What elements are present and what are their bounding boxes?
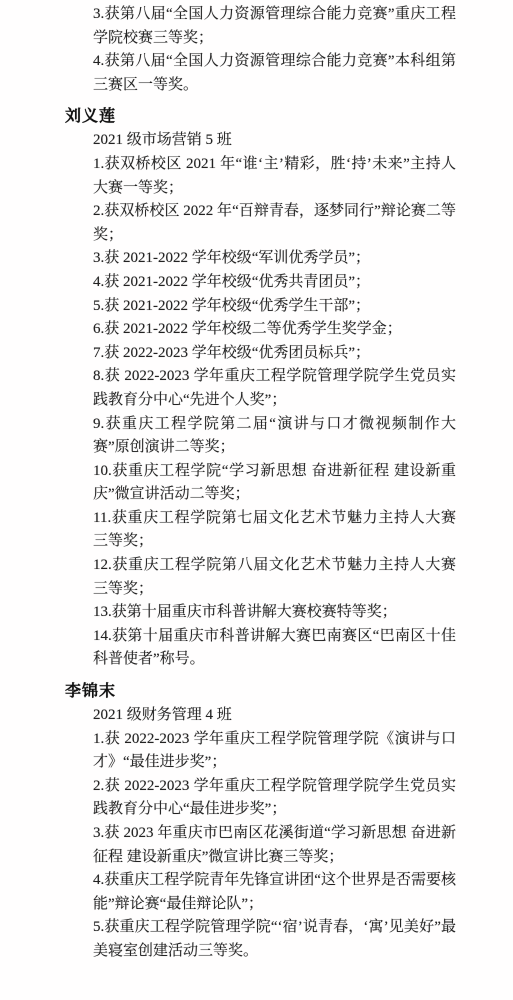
student-name: 刘义莲 [65,104,456,129]
student-name: 李锦末 [65,679,456,704]
award-item: 2.获双桥校区 2022 年“百辩青春，逐梦同行”辩论赛二等奖； [93,200,456,247]
award-item: 4.获重庆工程学院青年先锋宣讲团“这个世界是否需要核能”辩论赛“最佳辩论队”； [93,869,456,916]
award-item: 8.获 2022-2023 学年重庆工程学院管理学院学生党员实践教育分中心“先进… [93,365,456,412]
student-section-liu-yilian: 刘义莲 2021 级市场营销 5 班 1.获双桥校区 2021 年“谁‘主’精彩… [65,104,456,672]
award-item: 10.获重庆工程学院“学习新思想 奋进新征程 建设新重庆”微宣讲活动二等奖； [93,460,456,507]
class-line: 2021 级市场营销 5 班 [93,129,456,153]
award-item: 14.获第十届重庆市科普讲解大赛巴南赛区“巴南区十佳科普使者”称号。 [93,625,456,672]
award-item: 9.获重庆工程学院第二届“演讲与口才微视频制作大赛”原创演讲二等奖； [93,413,456,460]
award-item: 5.获 2021-2022 学年校级“优秀学生干部”； [93,295,456,319]
award-item: 6.获 2021-2022 学年校级二等优秀学生奖学金； [93,318,456,342]
award-item: 4.获 2021-2022 学年校级“优秀共青团员”； [93,271,456,295]
award-item: 3.获 2023 年重庆市巴南区花溪街道“学习新思想 奋进新征程 建设新重庆”微… [93,822,456,869]
award-item: 12.获重庆工程学院第八届文化艺术节魅力主持人大赛三等奖； [93,554,456,601]
award-item: 13.获第十届重庆市科普讲解大赛校赛特等奖； [93,601,456,625]
award-item: 11.获重庆工程学院第七届文化艺术节魅力主持人大赛三等奖； [93,507,456,554]
award-item: 5.获重庆工程学院管理学院“‘宿’说青春，‘寓’见美好”最美寝室创建活动三等奖。 [93,916,456,963]
award-item: 2.获 2022-2023 学年重庆工程学院管理学院学生党员实践教育分中心“最佳… [93,775,456,822]
award-item: 1.获 2022-2023 学年重庆工程学院管理学院《演讲与口才》“最佳进步奖”… [93,728,456,775]
document-page: 3.获第八届“全国人力资源管理综合能力竞赛”重庆工程学院校赛三等奖； 4.获第八… [0,0,513,1000]
carryover-award-list: 3.获第八届“全国人力资源管理综合能力竞赛”重庆工程学院校赛三等奖； 4.获第八… [65,3,456,97]
student-section-li-jinmo: 李锦末 2021 级财务管理 4 班 1.获 2022-2023 学年重庆工程学… [65,679,456,964]
class-line: 2021 级财务管理 4 班 [93,704,456,728]
award-item: 1.获双桥校区 2021 年“谁‘主’精彩，胜‘持’未来”主持人大赛一等奖； [93,153,456,200]
award-item: 4.获第八届“全国人力资源管理综合能力竞赛”本科组第三赛区一等奖。 [93,50,456,97]
award-item: 3.获 2021-2022 学年校级“军训优秀学员”； [93,247,456,271]
award-item: 7.获 2022-2023 学年校级“优秀团员标兵”； [93,342,456,366]
award-item: 3.获第八届“全国人力资源管理综合能力竞赛”重庆工程学院校赛三等奖； [93,3,456,50]
